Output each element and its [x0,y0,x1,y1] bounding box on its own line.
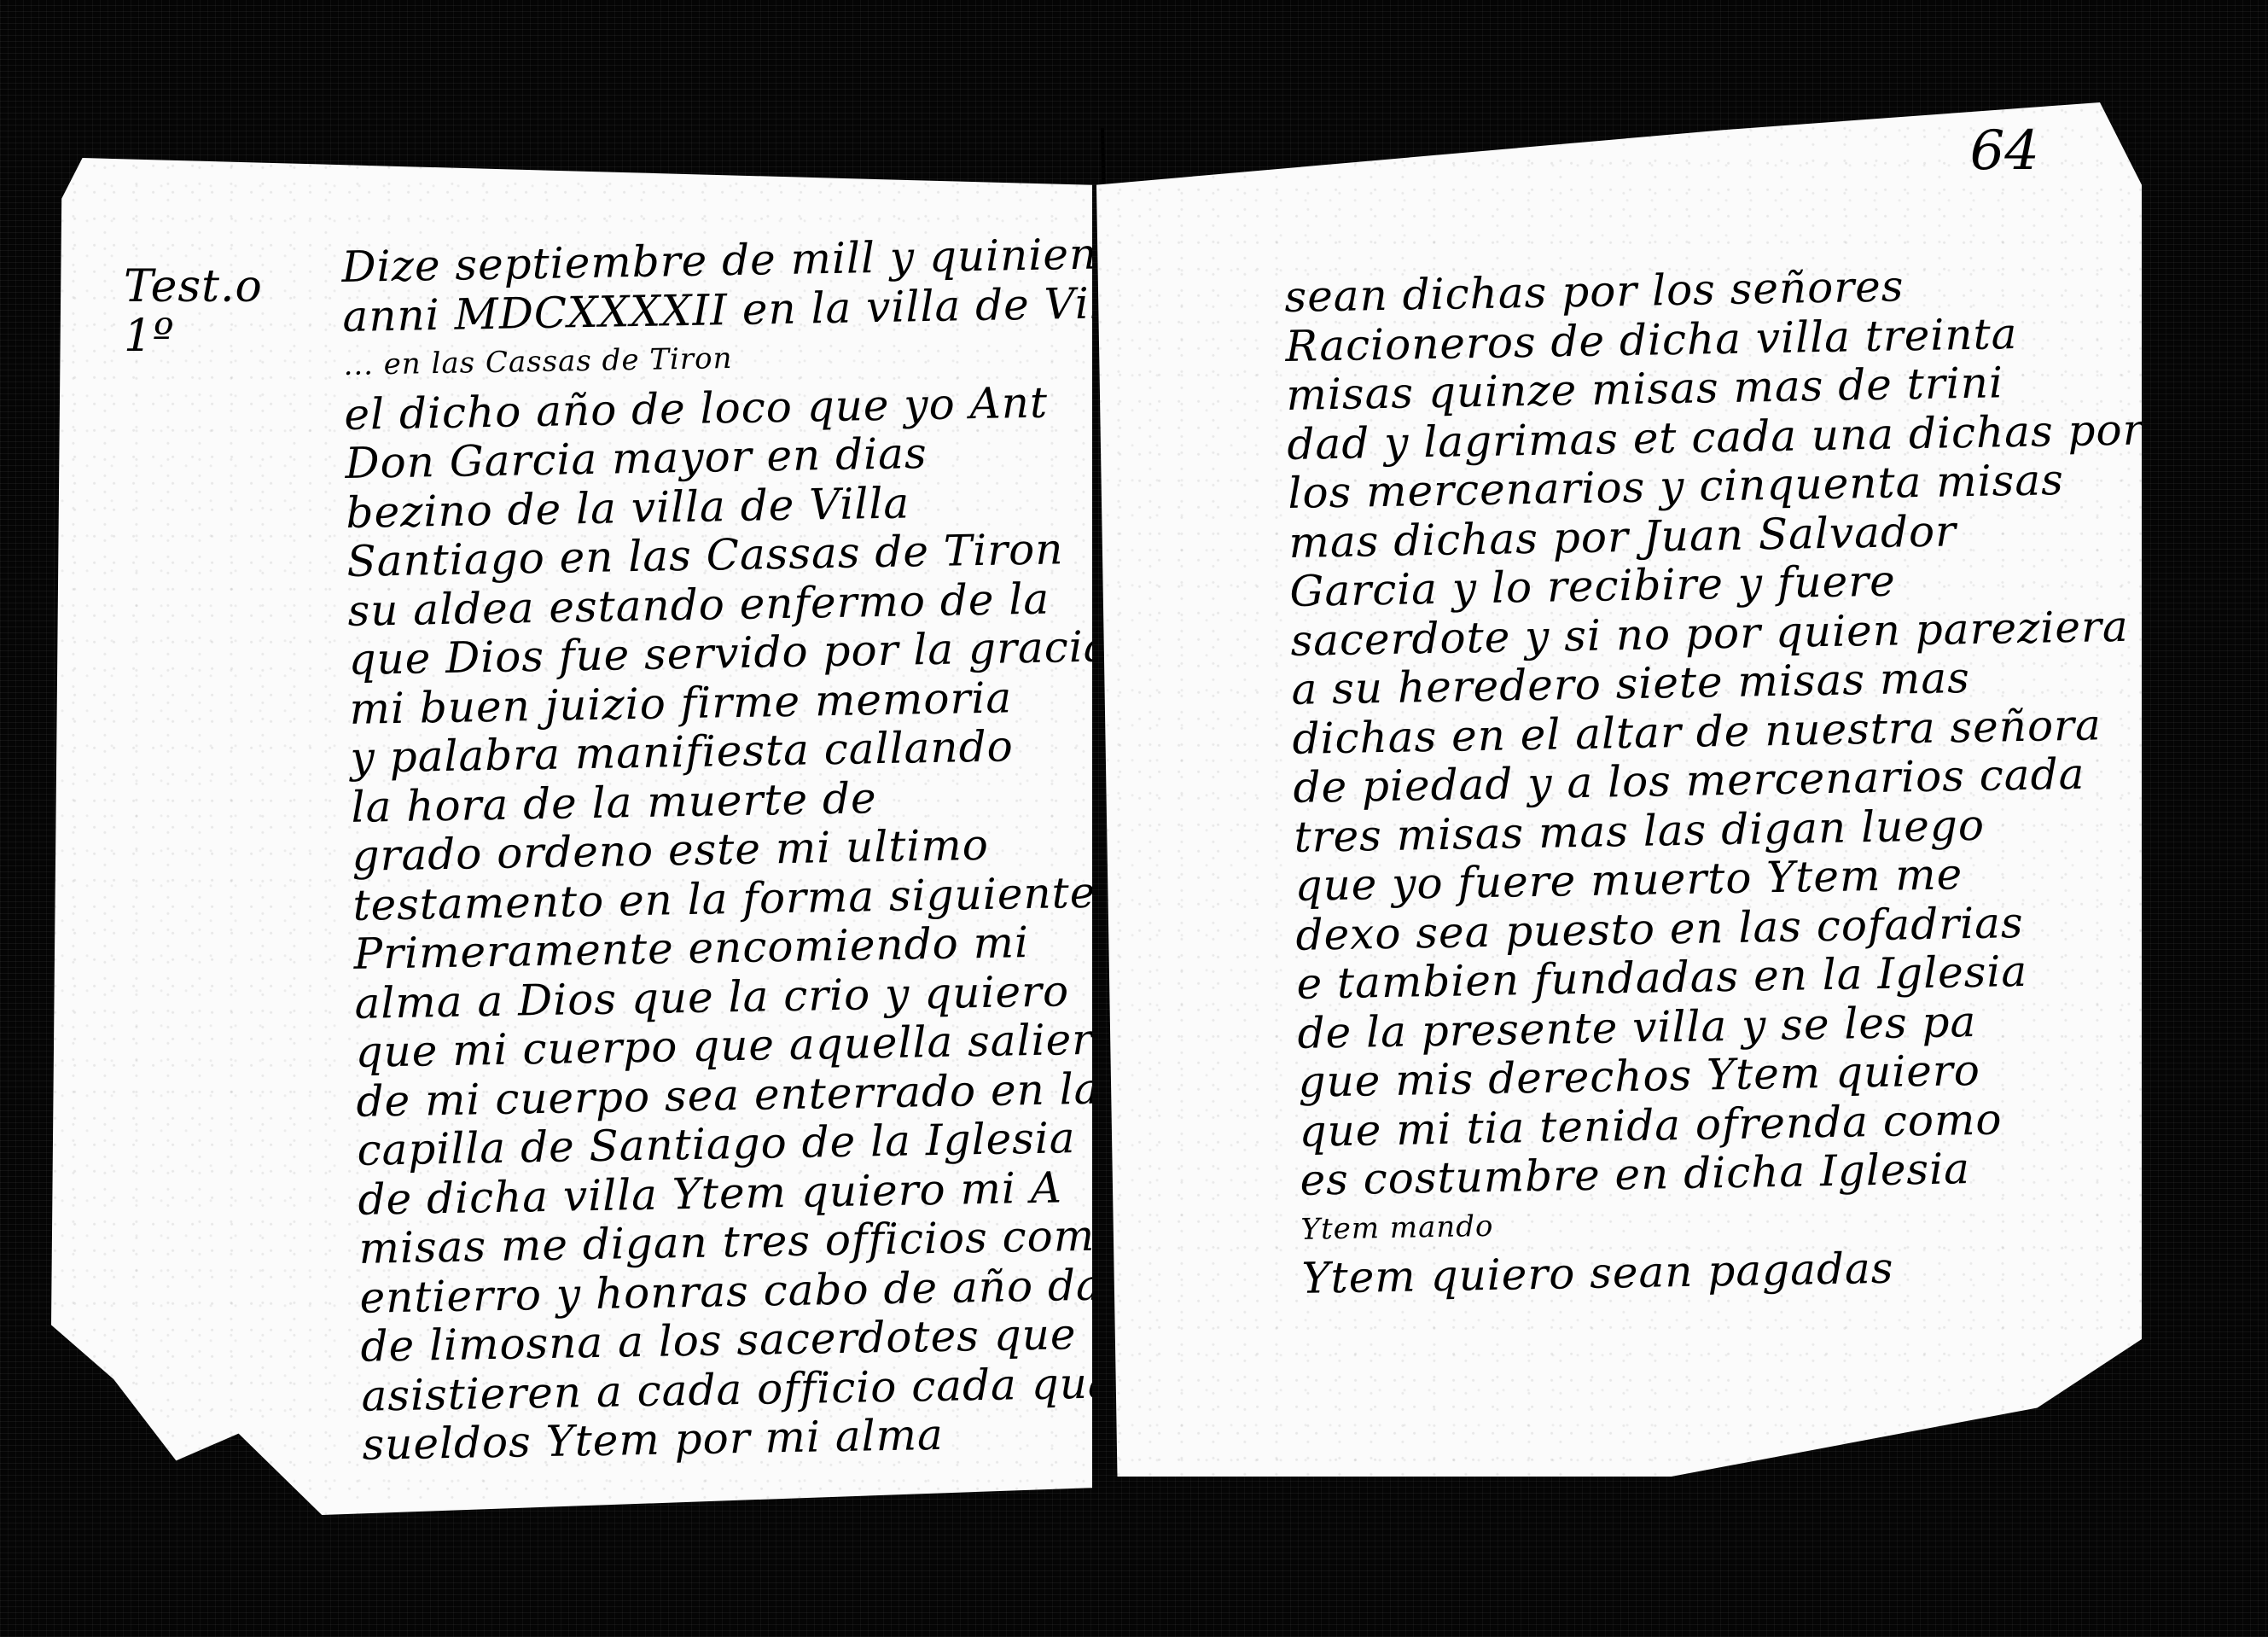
right-page: 64 sean dichas por los señores Racionero… [1096,102,2142,1477]
manuscript-spread: Test.o 1º Dize septiembre de mill y quin… [0,0,2268,1637]
left-page: Test.o 1º Dize septiembre de mill y quin… [51,158,1092,1515]
margin-note: Test.o 1º [124,260,294,358]
margin-note-line: Test.o [124,260,294,310]
margin-note-line: 1º [124,310,294,359]
right-page-text: sean dichas por los señores Racioneros d… [1284,258,2159,1303]
folio-number: 64 [1970,119,2039,183]
